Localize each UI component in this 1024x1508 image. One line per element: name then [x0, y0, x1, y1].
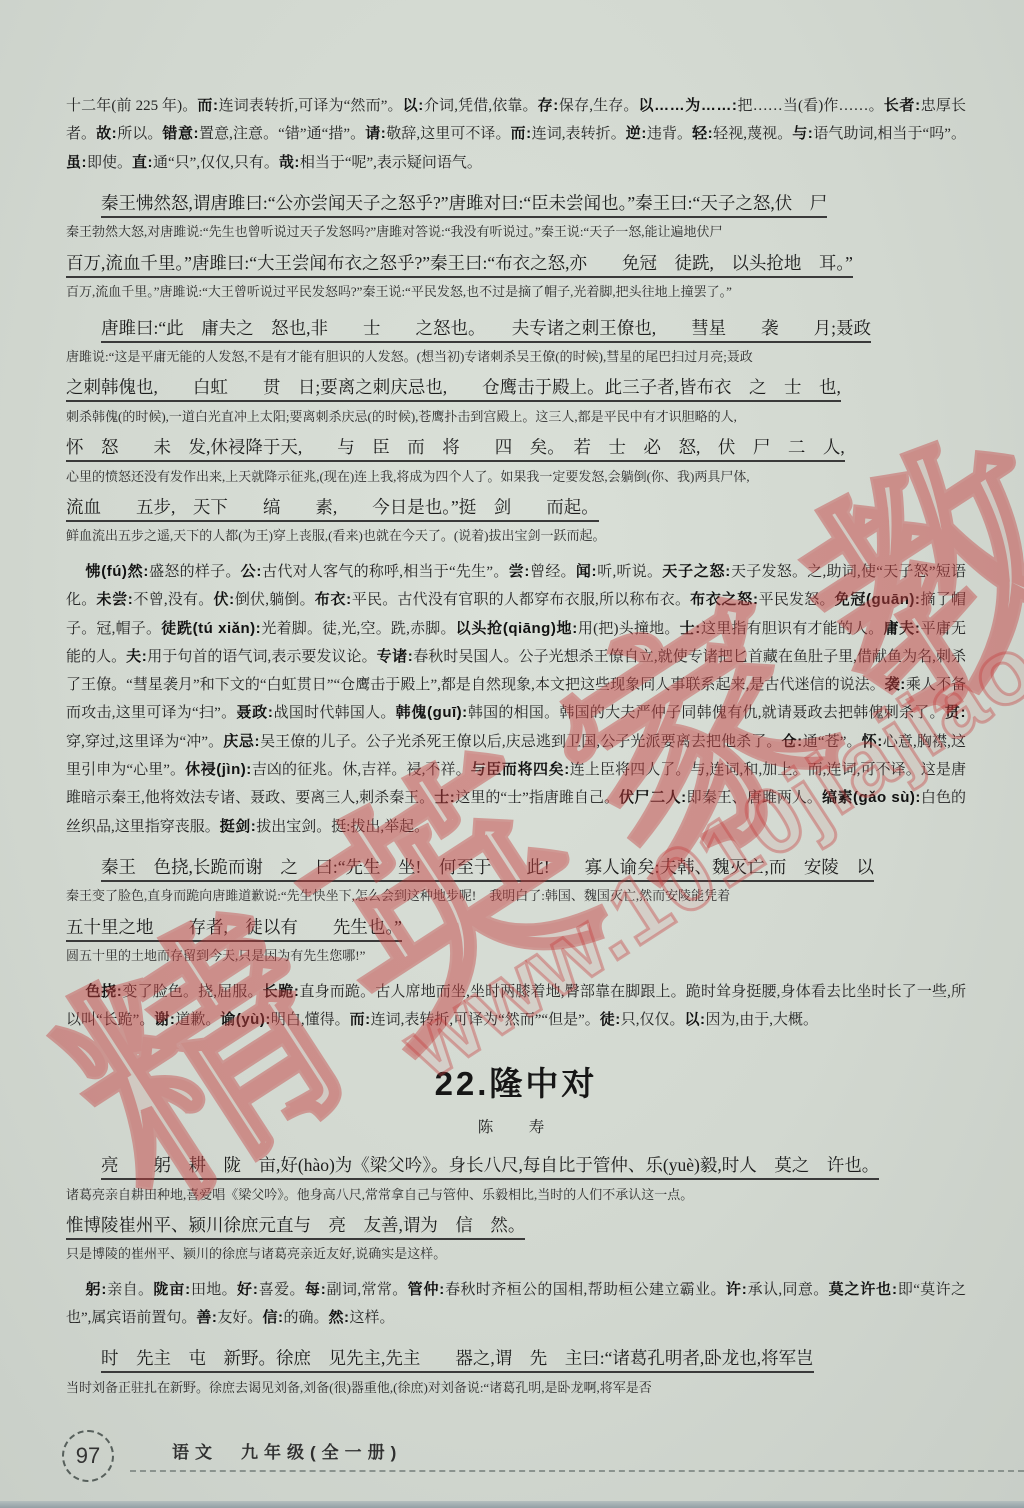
annotation-term: 以头抢(qiāng)地: [456, 620, 578, 637]
interlinear-row: 百万,流血千里。”唐雎曰:“大王尝闻布衣之怒乎?”秦王曰:“布衣之怒,亦 免冠 … [66, 249, 966, 302]
page-number: 97 [76, 1443, 100, 1469]
translation-line: 心里的愤怒还没有发作出来,上天就降示征兆,(现在)连上我,将成为四个人了。如果我… [66, 467, 966, 487]
annotation-term: 信: [262, 1309, 283, 1326]
author-name: 陈 寿 [66, 1115, 966, 1137]
annotation-term: 错意: [162, 125, 199, 142]
annotation-term: 韩傀(guī): [396, 704, 468, 721]
original-text-line: 惟博陵崔州平、颍川徐庶元直与 亮 友善,谓为 信 然。 [66, 1211, 966, 1239]
annotation-term: 善: [196, 1309, 217, 1326]
annotation-term: 庆忌: [223, 733, 260, 750]
annotation-term: 而: [350, 1011, 371, 1028]
interlinear-row: 流血 五步, 天下 缟 素, 今日是也。”挺 剑 而起。鲜血流出五步之遥,天下的… [66, 493, 966, 546]
annotation-term: 陇亩: [153, 1281, 190, 1298]
classical-passage: 秦王怫然怒,谓唐雎曰:“公亦尝闻天子之怒乎?”唐雎对曰:“臣未尝闻也。”秦王曰:… [66, 189, 966, 302]
underlined-original: 时 先主 屯 新野。徐庶 见先主,先主 器之,谓 先 主曰:“诸葛孔明者,卧龙也… [101, 1348, 814, 1373]
translation-line: 只是博陵的崔州平、颍川的徐庶与诸葛亮亲近友好,说确实是这样。 [66, 1244, 966, 1264]
interlinear-row: 秦王 色挠,长跪而谢 之 曰:“先生 坐! 何至于 此! 寡人谕矣:夫韩、魏灭亡… [66, 853, 966, 906]
annotation-term: 而: [197, 97, 218, 114]
translation-line: 诸葛亮亲自耕田种地,喜爱唱《梁父吟》。他身高八尺,常常拿自己与管仲、乐毅相比,当… [66, 1185, 966, 1205]
classical-passage: 亮 躬 耕 陇 亩,好(hào)为《梁父吟》。身长八尺,每自比于管仲、乐(yuè… [66, 1151, 966, 1264]
original-text-line: 秦王 色挠,长跪而谢 之 曰:“先生 坐! 何至于 此! 寡人谕矣:夫韩、魏灭亡… [66, 853, 966, 881]
annotation-term: 请: [365, 125, 386, 142]
photo-edge [0, 1501, 1024, 1508]
annotation-term: 士: [680, 620, 701, 637]
annotation-term: 色挠: [86, 983, 123, 1000]
interlinear-row: 时 先主 屯 新野。徐庶 见先主,先主 器之,谓 先 主曰:“诸葛孔明者,卧龙也… [66, 1344, 966, 1397]
annotation-term: 与: [792, 125, 813, 142]
underlined-original: 怀 怒 未 发,休祲降于天, 与 臣 而 将 四 矣。 若 士 必 怒, 伏 尸… [66, 437, 845, 462]
translation-line: 圆五十里的土地而存留到今天,只是因为有先生您哪!” [66, 946, 966, 966]
annotation-term: 伏尸二人: [619, 789, 687, 806]
translation-line: 刺杀韩傀(的时候),一道白光直冲上太阳;要离刺杀庆忌(的时候),苍鹰扑击到宫殿上… [66, 407, 966, 427]
annotation-term: 虽: [66, 154, 87, 171]
annotation-term: 谕(yù): [220, 1011, 271, 1028]
annotation-paragraph: 色挠:变了脸色。挠,屈服。长跪:直身而跪。古人席地而坐,坐时两膝着地,臀部靠在脚… [66, 978, 966, 1035]
annotation-term: 故: [96, 125, 117, 142]
footer-divider [130, 1470, 1024, 1472]
annotation-term: 缟素(gǎo sù): [822, 789, 921, 806]
original-text-line: 秦王怫然怒,谓唐雎曰:“公亦尝闻天子之怒乎?”唐雎对曰:“臣未尝闻也。”秦王曰:… [66, 189, 966, 217]
annotation-term: 长跪: [263, 983, 300, 1000]
page-footer: 97 语文 九年级(全一册) [0, 1426, 1024, 1484]
annotation-term: 以: [403, 97, 424, 114]
annotation-term: 庸夫: [883, 620, 920, 637]
annotation-paragraph: 怫(fú)然:盛怒的样子。公:古代对人客气的称呼,相当于“先生”。尝:曾经。闻:… [66, 558, 966, 841]
annotation-term: 布衣之怒: [690, 591, 758, 608]
annotation-term: 徒: [600, 1011, 621, 1028]
annotation-term: 公: [241, 563, 262, 580]
annotation-term: 直: [132, 154, 153, 171]
classical-passage: 唐雎曰:“此 庸夫之 怒也,非 士 之怒也。 夫专诸之刺王僚也, 彗星 袭 月;… [66, 314, 966, 546]
annotation-term: 徒跣(tú xiǎn): [161, 620, 261, 637]
interlinear-row: 之刺韩傀也, 白虹 贯 日;要离之刺庆忌也, 仓鹰击于殿上。此三子者,皆布衣 之… [66, 373, 966, 426]
annotation-term: 尝: [509, 563, 530, 580]
annotation-term: 以: [685, 1011, 706, 1028]
annotation-term: 管仲: [408, 1281, 445, 1298]
annotation-paragraph: 十二年(前 225 年)。而:连词表转折,可译为“然而”。以:介词,凭借,依靠。… [66, 92, 966, 177]
annotation-term: 与臣而将四矣: [471, 761, 570, 778]
original-text-line: 唐雎曰:“此 庸夫之 怒也,非 士 之怒也。 夫专诸之刺王僚也, 彗星 袭 月;… [66, 314, 966, 342]
page-content: 十二年(前 225 年)。而:连词表转折,可译为“然而”。以:介词,凭借,依靠。… [66, 84, 966, 1409]
interlinear-row: 怀 怒 未 发,休祲降于天, 与 臣 而 将 四 矣。 若 士 必 怒, 伏 尸… [66, 433, 966, 486]
annotation-term: 休祲(jìn): [185, 761, 252, 778]
interlinear-row: 唐雎曰:“此 庸夫之 怒也,非 士 之怒也。 夫专诸之刺王僚也, 彗星 袭 月;… [66, 314, 966, 367]
annotation-term: 未尝: [96, 591, 133, 608]
annotation-paragraph: 躬:亲自。陇亩:田地。好:喜爱。每:副词,常常。管仲:春秋时齐桓公的国相,帮助桓… [66, 1276, 966, 1333]
original-text-line: 百万,流血千里。”唐雎曰:“大王尝闻布衣之怒乎?”秦王曰:“布衣之怒,亦 免冠 … [66, 249, 966, 277]
underlined-original: 流血 五步, 天下 缟 素, 今日是也。”挺 剑 而起。 [66, 497, 599, 522]
interlinear-row: 亮 躬 耕 陇 亩,好(hào)为《梁父吟》。身长八尺,每自比于管仲、乐(yuè… [66, 1151, 966, 1204]
annotation-term: 每: [305, 1281, 326, 1298]
underlined-original: 百万,流血千里。”唐雎曰:“大王尝闻布衣之怒乎?”秦王曰:“布衣之怒,亦 免冠 … [66, 253, 853, 278]
annotation-term: 轻: [692, 125, 713, 142]
page-number-badge: 97 [62, 1430, 114, 1482]
underlined-original: 亮 躬 耕 陇 亩,好(hào)为《梁父吟》。身长八尺,每自比于管仲、乐(yuè… [101, 1155, 879, 1180]
classical-passage: 时 先主 屯 新野。徐庶 见先主,先主 器之,谓 先 主曰:“诸葛孔明者,卧龙也… [66, 1344, 966, 1397]
annotation-term: 挺剑: [220, 818, 257, 835]
original-text-line: 时 先主 屯 新野。徐庶 见先主,先主 器之,谓 先 主曰:“诸葛孔明者,卧龙也… [66, 1344, 966, 1372]
lesson-title: 22.隆中对 [66, 1058, 966, 1105]
annotation-term: 谢: [154, 1011, 175, 1028]
translation-line: 秦王变了脸色,直身而跪向唐雎道歉说:“先生快坐下,怎么会到这种地步呢! 我明白了… [66, 886, 966, 906]
original-text-line: 流血 五步, 天下 缟 素, 今日是也。”挺 剑 而起。 [66, 493, 966, 521]
annotation-term: 怫(fú)然: [86, 563, 149, 580]
annotation-term: 而: [511, 125, 532, 142]
original-text-line: 五十里之地 存者, 徒以有 先生也。” [66, 913, 966, 941]
original-text-line: 怀 怒 未 发,休祲降于天, 与 臣 而 将 四 矣。 若 士 必 怒, 伏 尸… [66, 433, 966, 461]
annotation-term: 士: [434, 789, 455, 806]
interlinear-row: 惟博陵崔州平、颍川徐庶元直与 亮 友善,谓为 信 然。只是博陵的崔州平、颍川的徐… [66, 1211, 966, 1264]
translation-line: 唐雎说:“这是平庸无能的人发怒,不是有才能有胆识的人发怒。(想当初)专诸刺杀吴王… [66, 347, 966, 367]
classical-passage: 秦王 色挠,长跪而谢 之 曰:“先生 坐! 何至于 此! 寡人谕矣:夫韩、魏灭亡… [66, 853, 966, 966]
underlined-original: 惟博陵崔州平、颍川徐庶元直与 亮 友善,谓为 信 然。 [66, 1215, 525, 1240]
annotation-term: 聂政: [236, 704, 273, 721]
underlined-original: 唐雎曰:“此 庸夫之 怒也,非 士 之怒也。 夫专诸之刺王僚也, 彗星 袭 月;… [101, 318, 871, 343]
annotation-term: 布衣: [315, 591, 352, 608]
annotation-term: 夫: [126, 648, 147, 665]
annotation-term: 闻: [576, 563, 597, 580]
translation-line: 秦王勃然大怒,对唐雎说:“先生也曾听说过天子发怒吗?”唐雎对答说:“我没有听说过… [66, 222, 966, 242]
underlined-original: 五十里之地 存者, 徒以有 先生也。” [66, 917, 402, 942]
annotation-term: 存: [538, 97, 559, 114]
interlinear-row: 五十里之地 存者, 徒以有 先生也。”圆五十里的土地而存留到今天,只是因为有先生… [66, 913, 966, 966]
annotation-term: 好: [237, 1281, 258, 1298]
annotation-term: 袭: [885, 676, 906, 693]
annotation-term: 躬: [86, 1281, 107, 1298]
underlined-original: 秦王 色挠,长跪而谢 之 曰:“先生 坐! 何至于 此! 寡人谕矣:夫韩、魏灭亡… [101, 857, 874, 882]
annotation-term: 莫之许也: [829, 1281, 898, 1298]
annotation-term: 逆: [626, 125, 647, 142]
book-label: 语文 九年级(全一册) [172, 1438, 402, 1463]
textbook-page: 精英家教网 www.1010jiajiao.com 十二年(前 225 年)。而… [0, 0, 1024, 1508]
annotation-term: 专诸: [377, 648, 414, 665]
original-text-line: 之刺韩傀也, 白虹 贯 日;要离之刺庆忌也, 仓鹰击于殿上。此三子者,皆布衣 之… [66, 373, 966, 401]
underlined-original: 之刺韩傀也, 白虹 贯 日;要离之刺庆忌也, 仓鹰击于殿上。此三子者,皆布衣 之… [66, 377, 841, 402]
annotation-term: 仓: [782, 733, 803, 750]
annotation-term: 伏: [213, 591, 234, 608]
annotation-term: 许: [726, 1281, 747, 1298]
annotation-term: 然: [328, 1309, 349, 1326]
annotation-term: 怀: [862, 733, 883, 750]
annotation-term: 贯: [945, 704, 966, 721]
annotation-term: 以……为……: [639, 97, 738, 114]
translation-line: 百万,流血千里。”唐雎说:“大王曾听说过平民发怒吗?”秦王说:“平民发怒,也不过… [66, 282, 966, 302]
annotation-term: 哉: [279, 154, 300, 171]
annotation-term: 天子之怒: [662, 563, 730, 580]
annotation-term: 长者: [884, 97, 921, 114]
interlinear-row: 秦王怫然怒,谓唐雎曰:“公亦尝闻天子之怒乎?”唐雎对曰:“臣未尝闻也。”秦王曰:… [66, 189, 966, 242]
annotation-term: 免冠(guān): [835, 591, 921, 608]
translation-line: 当时刘备正驻扎在新野。徐庶去谒见刘备,刘备(很)器重他,(徐庶)对刘备说:“诸葛… [66, 1378, 966, 1398]
underlined-original: 秦王怫然怒,谓唐雎曰:“公亦尝闻天子之怒乎?”唐雎对曰:“臣未尝闻也。”秦王曰:… [101, 193, 827, 218]
translation-line: 鲜血流出五步之遥,天下的人都(为王)穿上丧服,(看来)也就在今天了。(说着)拔出… [66, 526, 966, 546]
original-text-line: 亮 躬 耕 陇 亩,好(hào)为《梁父吟》。身长八尺,每自比于管仲、乐(yuè… [66, 1151, 966, 1179]
